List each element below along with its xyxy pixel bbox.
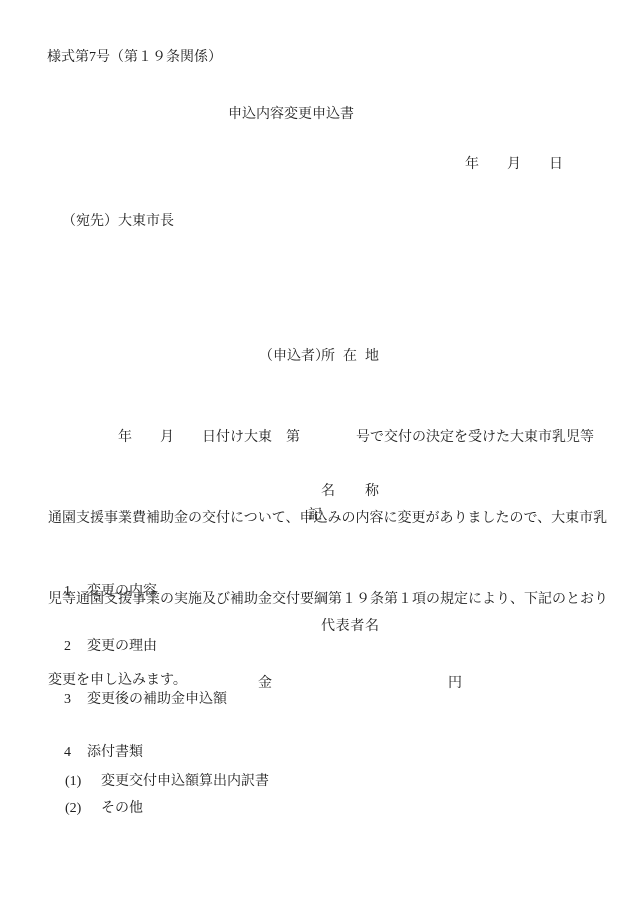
item-number: 2 — [64, 639, 87, 655]
item-number: 3 — [64, 692, 87, 708]
item-label: 変更の理由 — [87, 639, 157, 654]
sub-item-label: その他 — [101, 801, 143, 816]
item-label: 変更後の補助金申込額 — [87, 692, 227, 707]
list-item-2: 2変更の理由 — [50, 619, 157, 671]
item-label: 変更の内容 — [87, 584, 157, 599]
sub-item-2: (2)その他 — [51, 781, 143, 833]
document-title: 申込内容変更申込書 — [228, 107, 354, 124]
document-page: 様式第7号（第１９条関係） 申込内容変更申込書 年 月 日 （宛先）大東市長 （… — [0, 0, 630, 903]
applicant-label: （申込者） — [259, 343, 321, 370]
applicant-field-address: 所在地 — [321, 343, 379, 370]
addressee-line: （宛先）大東市長 — [62, 214, 174, 231]
amount-unit-yen: 円 — [448, 672, 462, 692]
section-mark-ki: 記 — [308, 508, 322, 525]
body-line-2: 通園支援事業費補助金の交付について、申込みの内容に変更がありましたので、大東市乳 — [48, 505, 608, 532]
sub-item-number: (2) — [65, 801, 86, 817]
item-number: 1 — [64, 584, 87, 600]
amount-prefix-kin: 金 — [258, 672, 272, 692]
date-line: 年 月 日 — [465, 157, 563, 174]
body-line-1: 年 月 日付け大東 第 号で交付の決定を受けた大東市乳児等 — [48, 424, 608, 451]
form-number-note: 様式第7号（第１９条関係） — [47, 50, 222, 67]
list-item-1: 1変更の内容 — [50, 564, 157, 616]
